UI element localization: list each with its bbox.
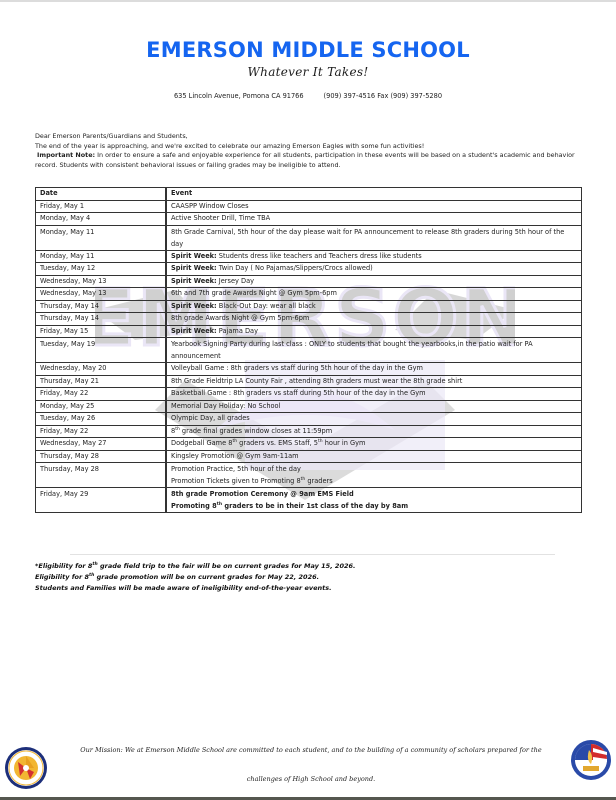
event-date: Thursday, May 14 [36, 300, 167, 313]
event-description: Dodgeball Game 8th graders vs. EMS Staff… [166, 438, 582, 451]
event-date: Thursday, May 28 [36, 463, 167, 488]
event-date: Wednesday, May 20 [36, 363, 167, 376]
table-row: Monday, May 118th Grade Carnival, 5th ho… [36, 225, 582, 250]
note-promotion: Eligibility for 8th grade promotion will… [35, 572, 587, 583]
events-table-tail: Friday, May 22 8th grade final grades wi… [36, 425, 582, 513]
event-date: Wednesday, May 13 [36, 275, 167, 288]
phone-fax: (909) 397-4516 Fax (909) 397-5280 [324, 92, 442, 100]
eligibility-notes: *Eligibility for 8th grade field trip to… [35, 561, 587, 594]
spirit-week-label: Spirit Week: [171, 252, 217, 260]
table-row: Wednesday, May 20Volleyball Game : 8th g… [36, 363, 582, 376]
address: 635 Lincoln Avenue, Pomona CA 91766 [174, 92, 304, 100]
event-date: Friday, May 22 [36, 388, 167, 401]
event-date: Thursday, May 28 [36, 450, 167, 463]
school-motto: Whatever It Takes! [0, 65, 616, 79]
table-row: Tuesday, May 26Olympic Day, all grades [36, 413, 582, 426]
event-description: Spirit Week: Pajama Day [166, 325, 582, 338]
event-description: Basketball Game : 8th graders vs staff d… [166, 388, 582, 401]
school-seal-icon [570, 738, 612, 782]
table-row: Monday, May 11Spirit Week: Students dres… [36, 250, 582, 263]
event-description: 8th grade final grades window closes at … [166, 425, 582, 438]
event-date: Friday, May 1 [36, 200, 167, 213]
district-seal-icon [4, 746, 48, 790]
spirit-week-label: Spirit Week: [171, 277, 217, 285]
mission-line-2: challenges of High School and beyond. [46, 765, 576, 794]
table-row: Thursday, May 218th Grade Fieldtrip LA C… [36, 375, 582, 388]
table-row: Friday, May 15Spirit Week: Pajama Day [36, 325, 582, 338]
event-description: Kingsley Promotion @ Gym 9am-11am [166, 450, 582, 463]
event-date: Wednesday, May 27 [36, 438, 167, 451]
event-description: 8th grade Promotion Ceremony @ 9am EMS F… [166, 488, 582, 513]
table-header-row: Date Event [36, 188, 582, 201]
event-date: Tuesday, May 26 [36, 413, 167, 426]
contact-line: 635 Lincoln Avenue, Pomona CA 91766(909)… [0, 92, 616, 100]
note-label: Important Note: [37, 151, 95, 159]
event-date: Wednesday, May 13 [36, 288, 167, 301]
event-date: Monday, May 25 [36, 400, 167, 413]
column-header-event: Event [166, 188, 582, 201]
event-description: Memorial Day Holiday: No School [166, 400, 582, 413]
event-description: CAASPP Window Closes [166, 200, 582, 213]
event-date: Monday, May 4 [36, 213, 167, 226]
school-name: EMERSON MIDDLE SCHOOL [0, 38, 616, 62]
table-row: Friday, May 22Basketball Game : 8th grad… [36, 388, 582, 401]
table-row: Thursday, May 148th grade Awards Night @… [36, 313, 582, 326]
table-row: Monday, May 4Active Shooter Drill, Time … [36, 213, 582, 226]
event-description: Promotion Practice, 5th hour of the dayP… [166, 463, 582, 488]
event-description: 8th Grade Carnival, 5th hour of the day … [166, 225, 582, 250]
table-row: Monday, May 25Memorial Day Holiday: No S… [36, 400, 582, 413]
spirit-week-label: Spirit Week: [171, 327, 217, 335]
table-row: Wednesday, May 136th and 7th grade Award… [36, 288, 582, 301]
event-date: Friday, May 29 [36, 488, 167, 513]
event-description: 6th and 7th grade Awards Night @ Gym 5pm… [166, 288, 582, 301]
divider [70, 554, 555, 555]
event-description: 8th grade Awards Night @ Gym 5pm-6pm [166, 313, 582, 326]
mission-line-1: Our Mission: We at Emerson Middle School… [46, 736, 576, 765]
important-note: Important Note: In order to ensure a saf… [35, 151, 587, 170]
letter-intro: Dear Emerson Parents/Guardians and Stude… [35, 132, 587, 170]
event-date: Tuesday, May 19 [36, 338, 167, 363]
table-row: Thursday, May 28 Promotion Practice, 5th… [36, 463, 582, 488]
note-fieldtrip: *Eligibility for 8th grade field trip to… [35, 561, 587, 572]
events-table-body: Friday, May 1CAASPP Window ClosesMonday,… [36, 200, 582, 425]
event-description: Spirit Week: Black-Out Day: wear all bla… [166, 300, 582, 313]
event-date: Thursday, May 14 [36, 313, 167, 326]
events-table: Date Event Friday, May 1CAASPP Window Cl… [35, 187, 582, 513]
table-row: Wednesday, May 27 Dodgeball Game 8th gra… [36, 438, 582, 451]
note-text: In order to ensure a safe and enjoyable … [35, 151, 575, 169]
note-ineligibility: Students and Families will be made aware… [35, 583, 587, 594]
column-header-date: Date [36, 188, 167, 201]
spirit-week-label: Spirit Week: [171, 302, 217, 310]
event-description: Olympic Day, all grades [166, 413, 582, 426]
spirit-week-label: Spirit Week: [171, 264, 217, 272]
event-description: Volleyball Game : 8th graders vs staff d… [166, 363, 582, 376]
greeting: Dear Emerson Parents/Guardians and Stude… [35, 132, 587, 142]
table-row: Tuesday, May 19Yearbook Signing Party du… [36, 338, 582, 363]
event-description: Active Shooter Drill, Time TBA [166, 213, 582, 226]
event-description: Spirit Week: Jersey Day [166, 275, 582, 288]
table-row: Thursday, May 28 Kingsley Promotion @ Gy… [36, 450, 582, 463]
top-rule [0, 0, 616, 2]
table-row: Friday, May 22 8th grade final grades wi… [36, 425, 582, 438]
event-date: Monday, May 11 [36, 225, 167, 250]
table-row: Friday, May 1CAASPP Window Closes [36, 200, 582, 213]
table-row: Tuesday, May 12Spirit Week: Twin Day ( N… [36, 263, 582, 276]
event-date: Monday, May 11 [36, 250, 167, 263]
table-row: Thursday, May 14Spirit Week: Black-Out D… [36, 300, 582, 313]
table-row: Wednesday, May 13Spirit Week: Jersey Day [36, 275, 582, 288]
event-description: 8th Grade Fieldtrip LA County Fair , att… [166, 375, 582, 388]
intro-text: The end of the year is approaching, and … [35, 142, 587, 152]
event-date: Thursday, May 21 [36, 375, 167, 388]
event-description: Spirit Week: Students dress like teacher… [166, 250, 582, 263]
event-description: Spirit Week: Twin Day ( No Pajamas/Slipp… [166, 263, 582, 276]
event-description: Yearbook Signing Party during last class… [166, 338, 582, 363]
event-date: Tuesday, May 12 [36, 263, 167, 276]
table-row: Friday, May 29 8th grade Promotion Cerem… [36, 488, 582, 513]
mission-statement: Our Mission: We at Emerson Middle School… [46, 736, 576, 794]
event-date: Friday, May 22 [36, 425, 167, 438]
event-date: Friday, May 15 [36, 325, 167, 338]
